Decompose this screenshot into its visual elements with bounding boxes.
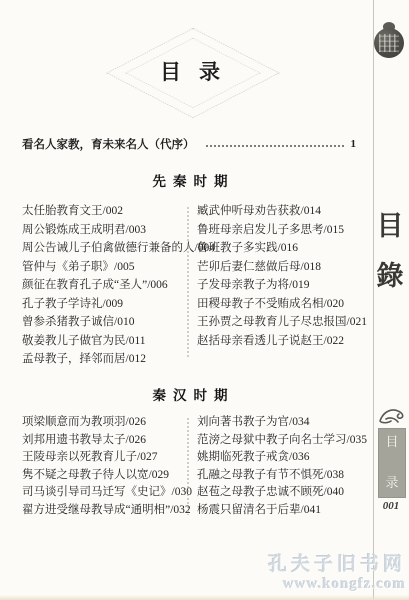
toc-entry: 太任胎教育文王/002: [22, 202, 215, 221]
toc-entry: 王孙贾之母教育儿子尽忠报国/021: [197, 313, 367, 332]
folio-page-number: 001: [373, 500, 409, 512]
toc-column-xianqin-left: 太任胎教育文王/002周公锻炼成王成明君/003周公告诫儿子伯禽做德行兼备的人/…: [22, 202, 215, 369]
toc-entry: 孔融之母教子有节不惧死/038: [197, 467, 367, 485]
toc-entry: 田稷母教子不受贿成名相/020: [197, 295, 367, 314]
watermark-site-name: 孔夫子旧书网: [268, 555, 406, 576]
toc-entry: 翟方进受继母教导成“通明相”/032: [22, 502, 192, 520]
toc-entry: 刘邦用遗书教导太子/026: [22, 432, 192, 450]
page-bottom-edge: [0, 595, 409, 600]
section-heading-qinhan: 秦汉时期: [0, 384, 380, 404]
toc-entry: 范滂之母狱中教子向名士学习/035: [197, 432, 367, 450]
toc-entry: 赵苞之母教子忠诚不顾死/040: [197, 484, 367, 502]
toc-entry: 项梁顺意而为教项羽/026: [22, 414, 192, 432]
toc-entry: 刘向著书教子为官/034: [197, 414, 367, 432]
margin-title-char-1: 目: [374, 204, 406, 243]
toc-column-qinhan-left: 项梁顺意而为教项羽/026刘邦用遗书教导太子/026王陵母亲以死教育儿子/027…: [22, 414, 192, 520]
column-divider: [187, 417, 189, 515]
toc-entry: 颜征在教育孔子成“圣人”/006: [22, 276, 215, 295]
toc-entry: 管仲与《弟子职》/005: [22, 258, 215, 277]
watermark-site-url: www.kongfz.com: [268, 576, 406, 593]
toc-entry: 司马谈引导司马迁写《史记》/030: [22, 484, 192, 502]
margin-title-char-2: 錄: [374, 254, 406, 293]
toc-entry: 周公告诫儿子伯禽做德行兼备的人/004: [22, 239, 215, 258]
seal-body: [374, 28, 404, 58]
toc-entry: 鲁班母亲启发儿子多思考/015: [197, 221, 367, 240]
page-title: 目录: [0, 56, 380, 86]
toc-entry: 孔子教子学诗礼/009: [22, 295, 215, 314]
tab-box-char-2: 录: [385, 476, 398, 489]
toc-entry: 鲁班教子多实践/016: [197, 239, 367, 258]
dotted-leader: [205, 145, 345, 147]
preface-page-number: 1: [351, 138, 357, 150]
toc-entry: 赵括母亲看透儿子说赵王/022: [197, 332, 367, 351]
tab-box-char-1: 目: [385, 435, 398, 448]
floral-ornament-icon: [377, 405, 407, 427]
toc-entry: 隽不疑之母教子待人以宽/029: [22, 467, 192, 485]
toc-entry: 孟母教子，择邻而居/012: [22, 350, 215, 369]
preface-label: 看名人家教，育未来名人（代序）: [22, 136, 195, 152]
toc-column-qinhan-right: 刘向著书教子为官/034范滂之母狱中教子向名士学习/035姚期临死教子戒贪/03…: [197, 414, 367, 520]
toc-column-xianqin-right: 臧武仲听母劝告获救/014鲁班母亲启发儿子多思考/015鲁班教子多实践/016芒…: [197, 202, 367, 350]
watermark: 孔夫子旧书网 www.kongfz.com: [268, 555, 406, 592]
toc-page: 目录 看名人家教，育未来名人（代序） 1 先秦时期 太任胎教育文王/002周公锻…: [0, 0, 409, 600]
toc-entry: 姚期临死教子戒贪/036: [197, 449, 367, 467]
margin-tab-box: 目 录: [378, 428, 406, 498]
toc-entry: 臧武仲听母劝告获救/014: [197, 202, 367, 221]
toc-entry: 芒卯后妻仁慈做后母/018: [197, 258, 367, 277]
section-heading-xianqin: 先秦时期: [0, 170, 380, 190]
publisher-seal-icon: [374, 22, 404, 60]
toc-entry: 王陵母亲以死教育儿子/027: [22, 449, 192, 467]
toc-entry: 杨震只留清名于后辈/041: [197, 502, 367, 520]
toc-entry: 曾参杀猪教子诚信/010: [22, 313, 215, 332]
preface-row: 看名人家教，育未来名人（代序） 1: [22, 136, 356, 152]
toc-entry: 周公锻炼成王成明君/003: [22, 221, 215, 240]
toc-entry: 敬姜教儿子做官为民/011: [22, 332, 215, 351]
toc-entry: 子发母亲教子为将/019: [197, 276, 367, 295]
column-divider: [187, 206, 189, 358]
